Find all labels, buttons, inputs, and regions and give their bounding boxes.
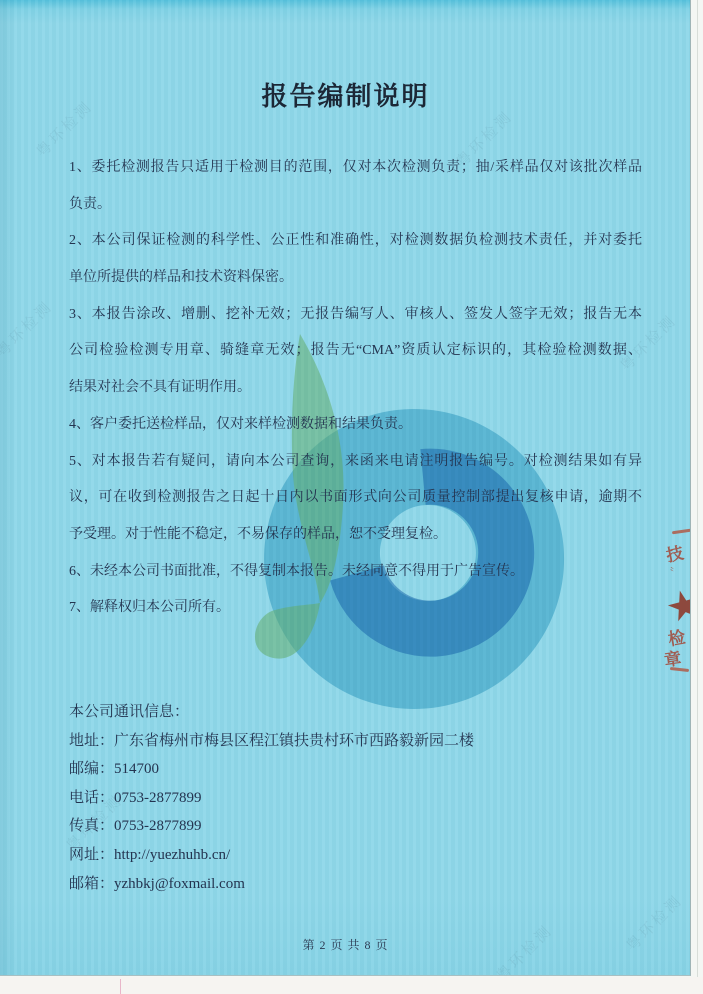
report-notes: 1、委托检测报告只适用于检测目的范围，仅对本次检测负责；抽/采样品仅对该批次样品… (69, 150, 642, 627)
clause-line: 予受理。对于性能不稳定，不易保存的样品，恕不受理复检。 (69, 517, 642, 554)
edge-seal: 技 〝 ★ 检 章 (648, 520, 691, 680)
scan-artifact-line (120, 979, 121, 994)
contact-website: 网址：http://yuezhuhb.cn/ (69, 841, 642, 870)
clause-line: 4、客户委托送检样品，仅对来样检测数据和结果负责。 (69, 407, 642, 444)
clause-line: 1、委托检测报告只适用于检测目的范围，仅对本次检测负责；抽/采样品仅对该批次样品 (69, 150, 642, 187)
page-title: 报告编制说明 (0, 76, 691, 113)
contact-address: 地址：广东省梅州市梅县区程江镇扶贵村环市西路毅新园二楼 (69, 727, 642, 756)
clause-line: 2、本公司保证检测的科学性、公正性和准确性，对检测数据负检测技术责任，并对委托 (69, 223, 642, 260)
contact-info: 本公司通讯信息： 地址：广东省梅州市梅县区程江镇扶贵村环市西路毅新园二楼 邮编：… (69, 698, 642, 898)
seal-arc-bottom (670, 667, 689, 672)
contact-postcode: 邮编：514700 (69, 755, 642, 784)
scan-bottom-margin (0, 977, 703, 994)
clause-line: 3、本报告涂改、增删、挖补无效；无报告编写人、审核人、签发人签字无效；报告无本 (69, 297, 642, 334)
clause-line: 6、未经本公司书面批准，不得复制本报告。未经同意不得用于广告宣传。 (69, 554, 642, 591)
clause-line: 负责。 (69, 187, 642, 224)
blue-paper: 粤环检测 粤环检测 粤环检测 粤环检测 粤环检测 粤环检测 粤环检测 报告编制说… (0, 0, 691, 976)
seal-char-ji: 技 (664, 539, 686, 567)
contact-email: 邮箱：yzhbkj@foxmail.com (69, 870, 642, 899)
seal-arc-top (672, 529, 691, 535)
clause-line: 结果对社会不具有证明作用。 (69, 370, 642, 407)
contact-phone: 电话：0753-2877899 (69, 784, 642, 813)
scan-edge-line (697, 0, 698, 994)
scanned-report-page: 粤环检测 粤环检测 粤环检测 粤环检测 粤环检测 粤环检测 粤环检测 报告编制说… (0, 0, 703, 994)
page-number: 第 2 页 共 8 页 (0, 936, 691, 953)
contact-heading: 本公司通讯信息： (69, 698, 642, 727)
seal-tick: 〝 (664, 564, 674, 579)
clause-line: 7、解释权归本公司所有。 (69, 590, 642, 627)
clause-line: 议，可在收到检测报告之日起十日内以书面形式向公司质量控制部提出复核申请，逾期不 (69, 480, 642, 517)
clause-line: 5、对本报告若有疑问，请向本公司查询，来函来电请注明报告编号。对检测结果如有异 (69, 444, 642, 481)
clause-line: 单位所提供的样品和技术资料保密。 (69, 260, 642, 297)
left-edge-shadow (0, 0, 16, 975)
contact-fax: 传真：0753-2877899 (69, 812, 642, 841)
clause-line: 公司检验检测专用章、骑缝章无效；报告无“CMA”资质认定标识的，其检验检测数据、 (69, 333, 642, 370)
